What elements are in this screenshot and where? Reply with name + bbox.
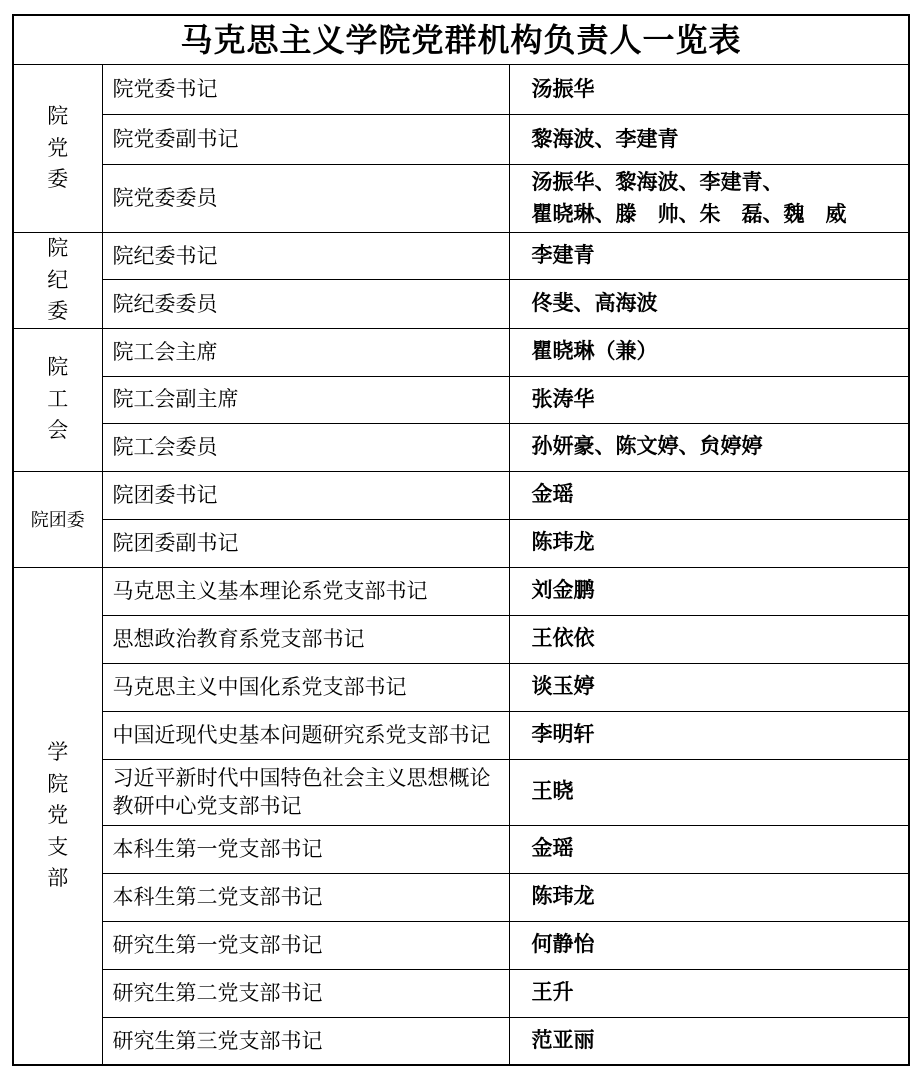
position-cell: 思想政治教育系党支部书记 [102,615,509,663]
table-row: 研究生第一党支部书记 何静怡 [13,921,909,969]
name-cell: 刘金鹏 [509,567,909,615]
name-cell: 孙妍豪、陈文婷、贠婷婷 [509,423,909,471]
table-row: 院纪委 院纪委书记 李建青 [13,233,909,280]
title-row: 马克思主义学院党群机构负责人一览表 [13,15,909,65]
name-cell: 李明轩 [509,711,909,759]
group-label-text: 院党委 [46,101,69,196]
table-row: 习近平新时代中国特色社会主义思想概论教研中心党支部书记 王晓 [13,759,909,825]
table-row: 学院党支部 马克思主义基本理论系党支部书记 刘金鹏 [13,567,909,615]
group-label-text: 院工会 [46,352,69,447]
name-cell: 陈玮龙 [509,873,909,921]
document-page: 马克思主义学院党群机构负责人一览表 院党委 院党委书记 汤振华 院党委副书记 黎… [0,0,920,1067]
position-cell: 院工会主席 [102,328,509,376]
name-cell: 陈玮龙 [509,519,909,567]
table-row: 院工会委员 孙妍豪、陈文婷、贠婷婷 [13,423,909,471]
position-cell: 本科生第二党支部书记 [102,873,509,921]
name-cell: 王晓 [509,759,909,825]
table-row: 思想政治教育系党支部书记 王依依 [13,615,909,663]
table-row: 院团委 院团委书记 金瑶 [13,471,909,519]
name-cell: 佟斐、高海波 [509,280,909,328]
name-cell: 谈玉婷 [509,663,909,711]
group-label-youth-league: 院团委 [13,471,102,567]
position-cell: 院团委副书记 [102,519,509,567]
position-cell: 院团委书记 [102,471,509,519]
table-row: 院工会 院工会主席 瞿晓琳（兼） [13,328,909,376]
position-cell: 院纪委书记 [102,233,509,280]
position-cell: 本科生第一党支部书记 [102,825,509,873]
table-row: 院纪委委员 佟斐、高海波 [13,280,909,328]
position-cell: 马克思主义基本理论系党支部书记 [102,567,509,615]
position-cell: 院党委副书记 [102,115,509,165]
position-cell: 院工会委员 [102,423,509,471]
table-row: 本科生第一党支部书记 金瑶 [13,825,909,873]
position-cell: 中国近现代史基本问题研究系党支部书记 [102,711,509,759]
name-cell: 瞿晓琳（兼） [509,328,909,376]
name-cell: 何静怡 [509,921,909,969]
name-cell: 范亚丽 [509,1017,909,1065]
table-row: 马克思主义中国化系党支部书记 谈玉婷 [13,663,909,711]
table-row: 院党委 院党委书记 汤振华 [13,65,909,115]
table-row: 院党委副书记 黎海波、李建青 [13,115,909,165]
name-cell: 汤振华、黎海波、李建青、 瞿晓琳、滕 帅、朱 磊、魏 威 [509,165,909,233]
group-label-labor-union: 院工会 [13,328,102,471]
roster-table: 马克思主义学院党群机构负责人一览表 院党委 院党委书记 汤振华 院党委副书记 黎… [12,14,910,1066]
position-cell: 院纪委委员 [102,280,509,328]
name-cell: 黎海波、李建青 [509,115,909,165]
table-row: 院团委副书记 陈玮龙 [13,519,909,567]
table-row: 院工会副主席 张涛华 [13,376,909,423]
group-label-text: 院纪委 [46,233,69,328]
group-label-discipline-committee: 院纪委 [13,233,102,329]
table-row: 研究生第三党支部书记 范亚丽 [13,1017,909,1065]
name-cell: 汤振华 [509,65,909,115]
table-row: 中国近现代史基本问题研究系党支部书记 李明轩 [13,711,909,759]
group-label-text: 学院党支部 [46,737,69,895]
name-cell: 李建青 [509,233,909,280]
table-row: 院党委委员 汤振华、黎海波、李建青、 瞿晓琳、滕 帅、朱 磊、魏 威 [13,165,909,233]
position-cell: 研究生第二党支部书记 [102,969,509,1017]
name-cell: 金瑶 [509,471,909,519]
page-title: 马克思主义学院党群机构负责人一览表 [13,15,909,65]
table-row: 本科生第二党支部书记 陈玮龙 [13,873,909,921]
name-cell: 王依依 [509,615,909,663]
position-cell: 院党委委员 [102,165,509,233]
name-cell: 王升 [509,969,909,1017]
position-cell: 院党委书记 [102,65,509,115]
group-label-party-committee: 院党委 [13,65,102,233]
position-cell: 习近平新时代中国特色社会主义思想概论教研中心党支部书记 [102,759,509,825]
position-cell: 研究生第一党支部书记 [102,921,509,969]
position-cell: 院工会副主席 [102,376,509,423]
group-label-text: 院团委 [31,506,85,532]
group-label-party-branches: 学院党支部 [13,567,102,1065]
table-row: 研究生第二党支部书记 王升 [13,969,909,1017]
name-cell: 张涛华 [509,376,909,423]
position-cell: 马克思主义中国化系党支部书记 [102,663,509,711]
name-cell: 金瑶 [509,825,909,873]
position-cell: 研究生第三党支部书记 [102,1017,509,1065]
